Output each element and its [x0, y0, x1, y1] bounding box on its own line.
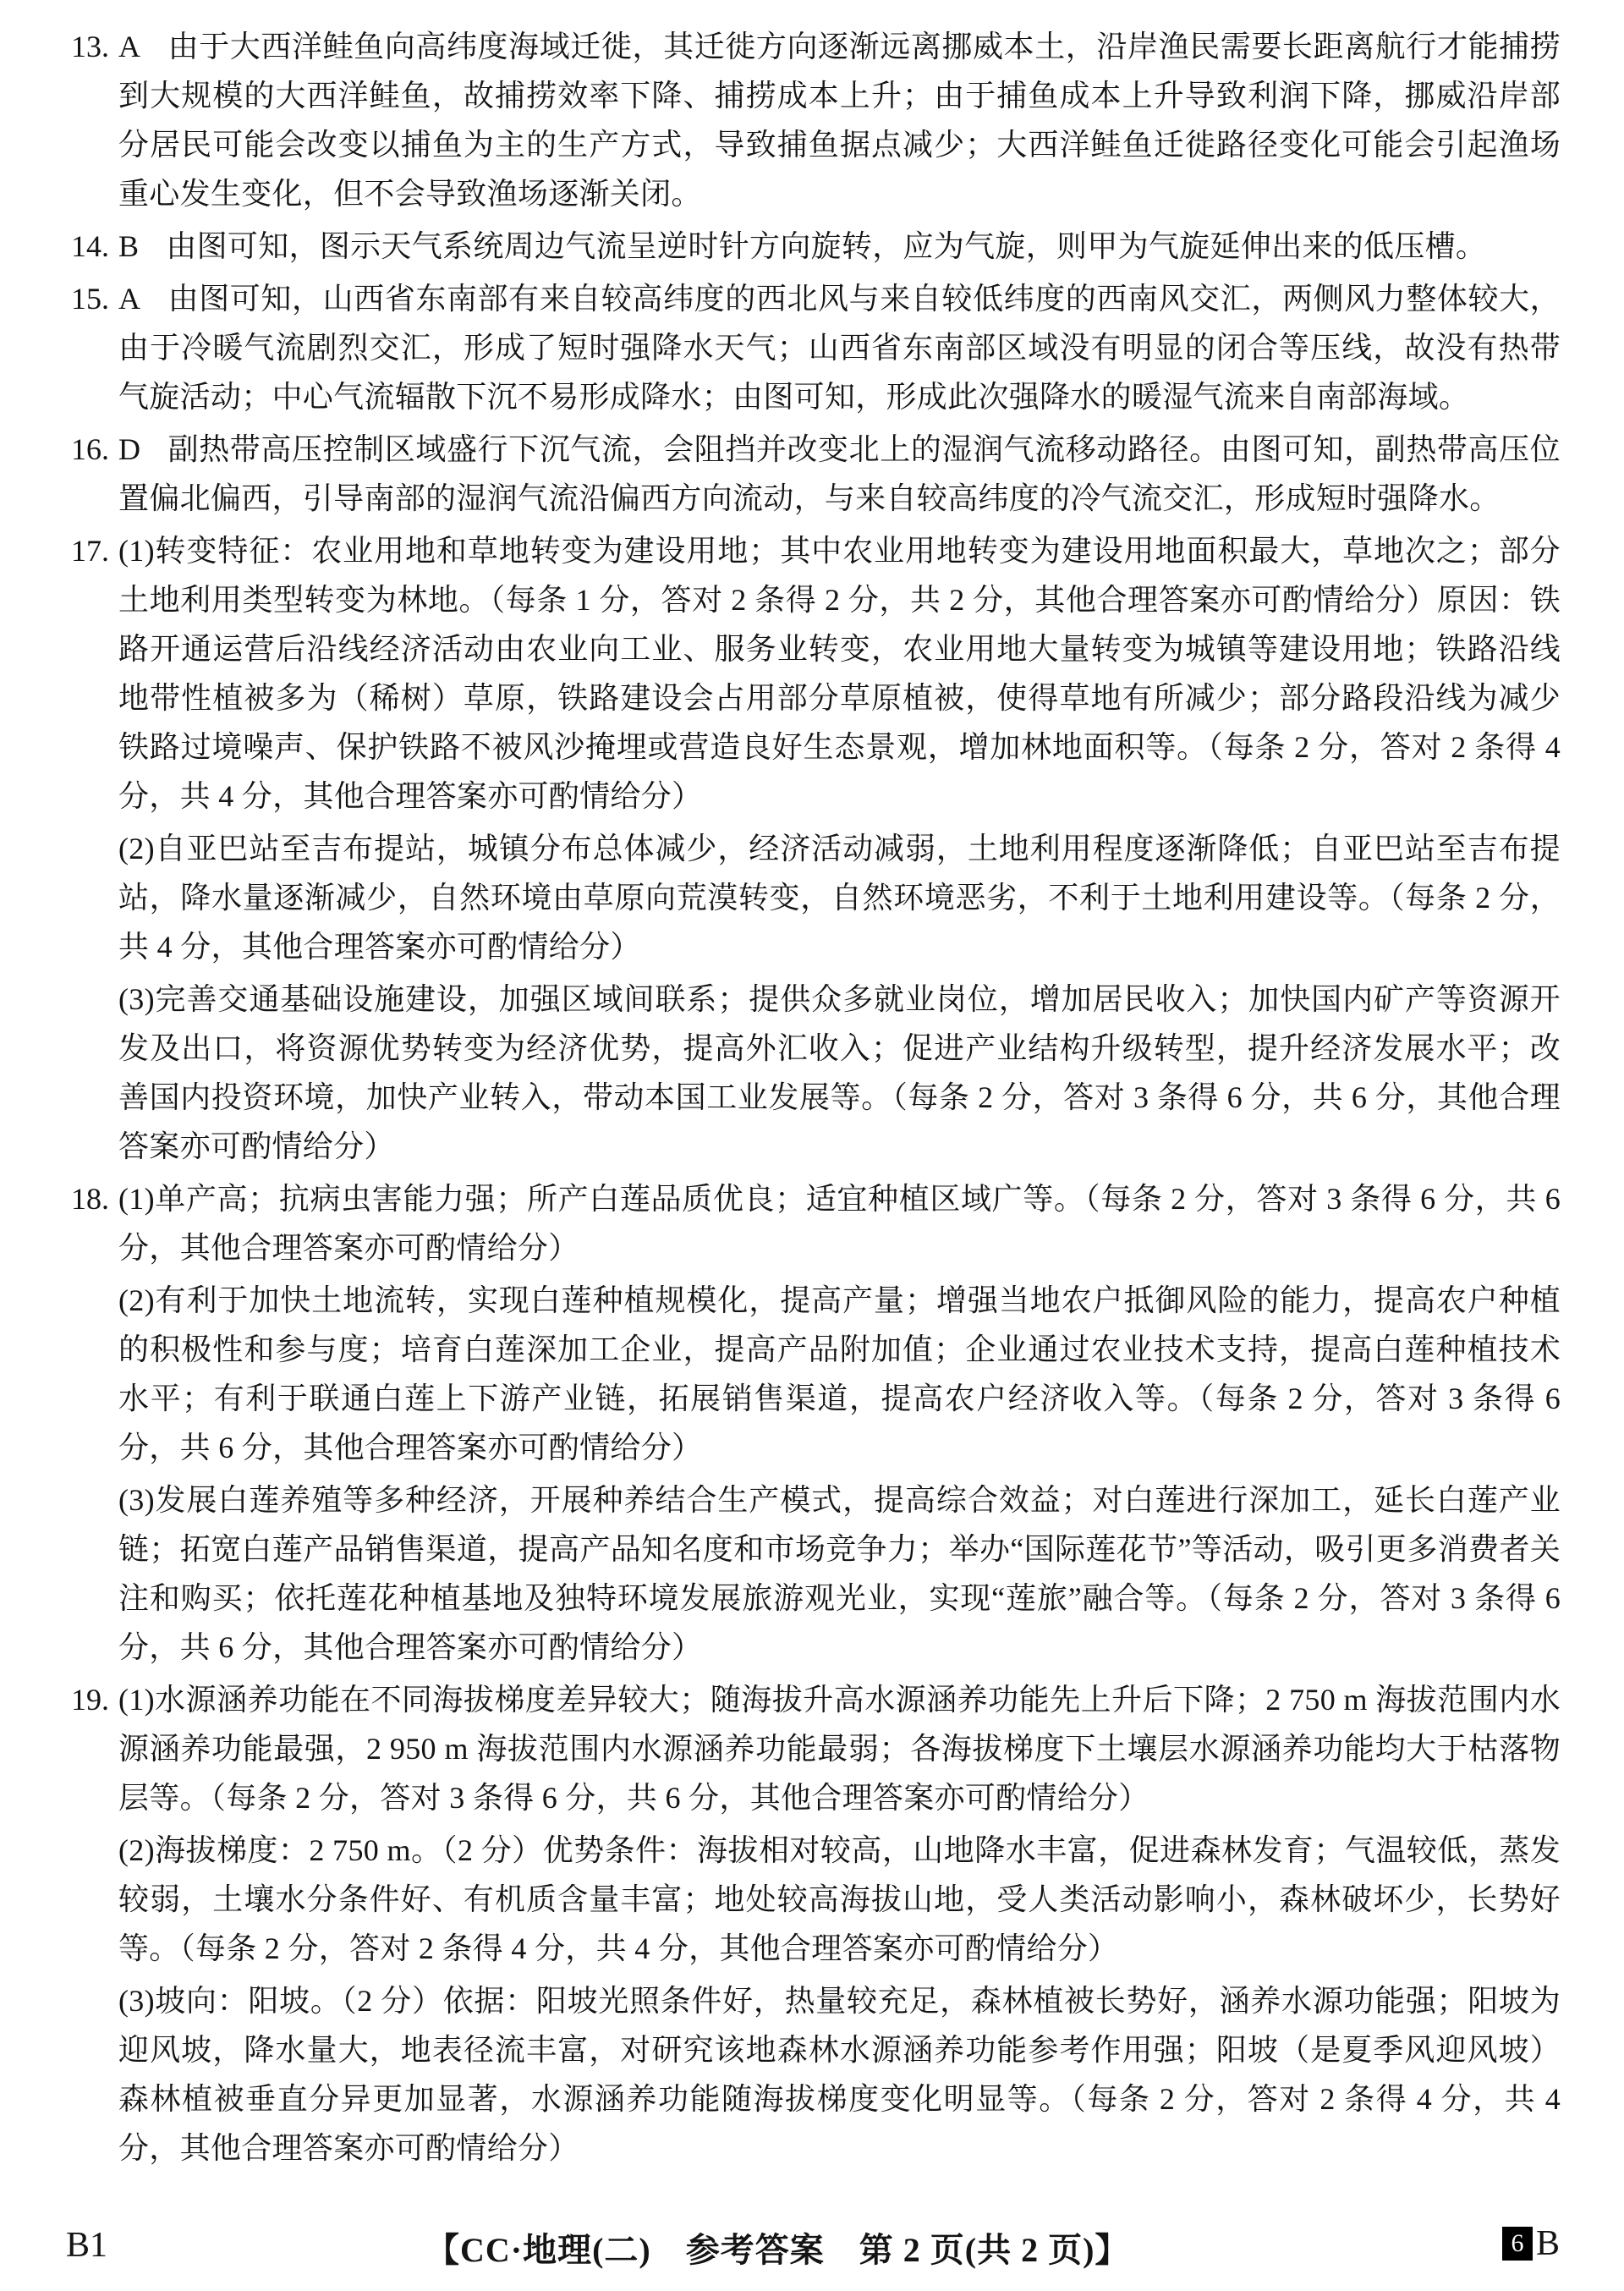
answer-letter: D	[118, 432, 140, 466]
answer-text: 由于大西洋鲑鱼向高纬度海域迁徙，其迁徙方向逐渐远离挪威本土，沿岸渔民需要长距离航…	[118, 30, 1561, 211]
item-number: 14.	[71, 222, 109, 271]
answer-sheet-page: 13. A由于大西洋鲑鱼向高纬度海域迁徙，其迁徙方向逐渐远离挪威本土，沿岸渔民需…	[0, 0, 1624, 2291]
item-body: (1)水源涵养功能在不同海拔梯度差异较大；随海拔升高水源涵养功能先上升后下降；2…	[118, 1675, 1561, 2173]
item-body: (1)转变特征：农业用地和草地转变为建设用地；其中农业用地转变为建设用地面积最大…	[118, 526, 1561, 1171]
answer-paragraph-1: (1)单产高；抗病虫害能力强；所产白莲品质优良；适宜种植区域广等。（每条 2 分…	[118, 1174, 1561, 1272]
question-15: 15. A由图可知，山西省东南部有来自较高纬度的西北风与来自较低纬度的西南风交汇…	[0, 274, 1624, 421]
footer-title: 【CC·地理(二) 参考答案 第 2 页(共 2 页)】	[425, 2223, 1129, 2272]
answer-paragraph-3: (3)坡向：阳坡。（2 分）依据：阳坡光照条件好，热量较充足，森林植被长势好，涵…	[118, 1976, 1561, 2173]
question-19: 19. (1)水源涵养功能在不同海拔梯度差异较大；随海拔升高水源涵养功能先上升后…	[0, 1675, 1624, 2173]
item-number: 15.	[71, 274, 109, 323]
item-body: B由图可知，图示天气系统周边气流呈逆时针方向旋转，应为气旋，则甲为气旋延伸出来的…	[118, 222, 1561, 271]
answer-paragraph-2: (2)有利于加快土地流转，实现白莲种植规模化，提高产量；增强当地农户抵御风险的能…	[118, 1276, 1561, 1472]
answer-text: 由图可知，山西省东南部有来自较高纬度的西北风与来自较低纬度的西南风交汇，两侧风力…	[118, 282, 1561, 414]
answer-paragraph: A由图可知，山西省东南部有来自较高纬度的西北风与来自较低纬度的西南风交汇，两侧风…	[118, 274, 1561, 421]
answer-paragraph: B由图可知，图示天气系统周边气流呈逆时针方向旋转，应为气旋，则甲为气旋延伸出来的…	[118, 222, 1561, 271]
item-body: A由图可知，山西省东南部有来自较高纬度的西北风与来自较低纬度的西南风交汇，两侧风…	[118, 274, 1561, 421]
item-number: 13.	[71, 22, 109, 71]
answer-paragraph-2: (2)自亚巴站至吉布提站，城镇分布总体减少，经济活动减弱，土地利用程度逐渐降低；…	[118, 824, 1561, 971]
answer-paragraph-3: (3)发展白莲养殖等多种经济，开展种养结合生产模式，提高综合效益；对白莲进行深加…	[118, 1475, 1561, 1672]
answer-paragraph: D副热带高压控制区域盛行下沉气流，会阻挡并改变北上的湿润气流移动路径。由图可知，…	[118, 425, 1561, 523]
answer-letter: B	[118, 229, 139, 263]
question-13: 13. A由于大西洋鲑鱼向高纬度海域迁徙，其迁徙方向逐渐远离挪威本土，沿岸渔民需…	[0, 22, 1624, 218]
answer-letter: A	[118, 282, 140, 316]
page-footer: B1 【CC·地理(二) 参考答案 第 2 页(共 2 页)】 6 B	[0, 2220, 1624, 2271]
footer-code-left: B1	[66, 2225, 107, 2266]
question-14: 14. B由图可知，图示天气系统周边气流呈逆时针方向旋转，应为气旋，则甲为气旋延…	[0, 222, 1624, 271]
item-number: 16.	[71, 425, 109, 474]
item-body: (1)单产高；抗病虫害能力强；所产白莲品质优良；适宜种植区域广等。（每条 2 分…	[118, 1174, 1561, 1672]
footer-badge: 6 B	[1502, 2223, 1560, 2264]
item-number: 17.	[71, 526, 109, 575]
answer-paragraph-1: (1)水源涵养功能在不同海拔梯度差异较大；随海拔升高水源涵养功能先上升后下降；2…	[118, 1675, 1561, 1822]
answer-paragraph: A由于大西洋鲑鱼向高纬度海域迁徙，其迁徙方向逐渐远离挪威本土，沿岸渔民需要长距离…	[118, 22, 1561, 218]
item-number: 18.	[71, 1174, 109, 1223]
answer-paragraph-1: (1)转变特征：农业用地和草地转变为建设用地；其中农业用地转变为建设用地面积最大…	[118, 526, 1561, 821]
answer-text: 由图可知，图示天气系统周边气流呈逆时针方向旋转，应为气旋，则甲为气旋延伸出来的低…	[166, 229, 1486, 263]
item-number: 19.	[71, 1675, 109, 1724]
answer-paragraph-2: (2)海拔梯度：2 750 m。（2 分）优势条件：海拔相对较高，山地降水丰富，…	[118, 1826, 1561, 1973]
item-body: A由于大西洋鲑鱼向高纬度海域迁徙，其迁徙方向逐渐远离挪威本土，沿岸渔民需要长距离…	[118, 22, 1561, 218]
item-body: D副热带高压控制区域盛行下沉气流，会阻挡并改变北上的湿润气流移动路径。由图可知，…	[118, 425, 1561, 523]
answer-paragraph-3: (3)完善交通基础设施建设，加强区域间联系；提供众多就业岗位，增加居民收入；加快…	[118, 975, 1561, 1171]
question-17: 17. (1)转变特征：农业用地和草地转变为建设用地；其中农业用地转变为建设用地…	[0, 526, 1624, 1171]
footer-badge-letter: B	[1536, 2223, 1560, 2264]
answer-letter: A	[118, 30, 140, 63]
footer-badge-number: 6	[1502, 2227, 1533, 2261]
question-16: 16. D副热带高压控制区域盛行下沉气流，会阻挡并改变北上的湿润气流移动路径。由…	[0, 425, 1624, 523]
answer-document: 13. A由于大西洋鲑鱼向高纬度海域迁徙，其迁徙方向逐渐远离挪威本土，沿岸渔民需…	[0, 22, 1624, 2176]
answer-text: 副热带高压控制区域盛行下沉气流，会阻挡并改变北上的湿润气流移动路径。由图可知，副…	[118, 432, 1561, 515]
question-18: 18. (1)单产高；抗病虫害能力强；所产白莲品质优良；适宜种植区域广等。（每条…	[0, 1174, 1624, 1672]
